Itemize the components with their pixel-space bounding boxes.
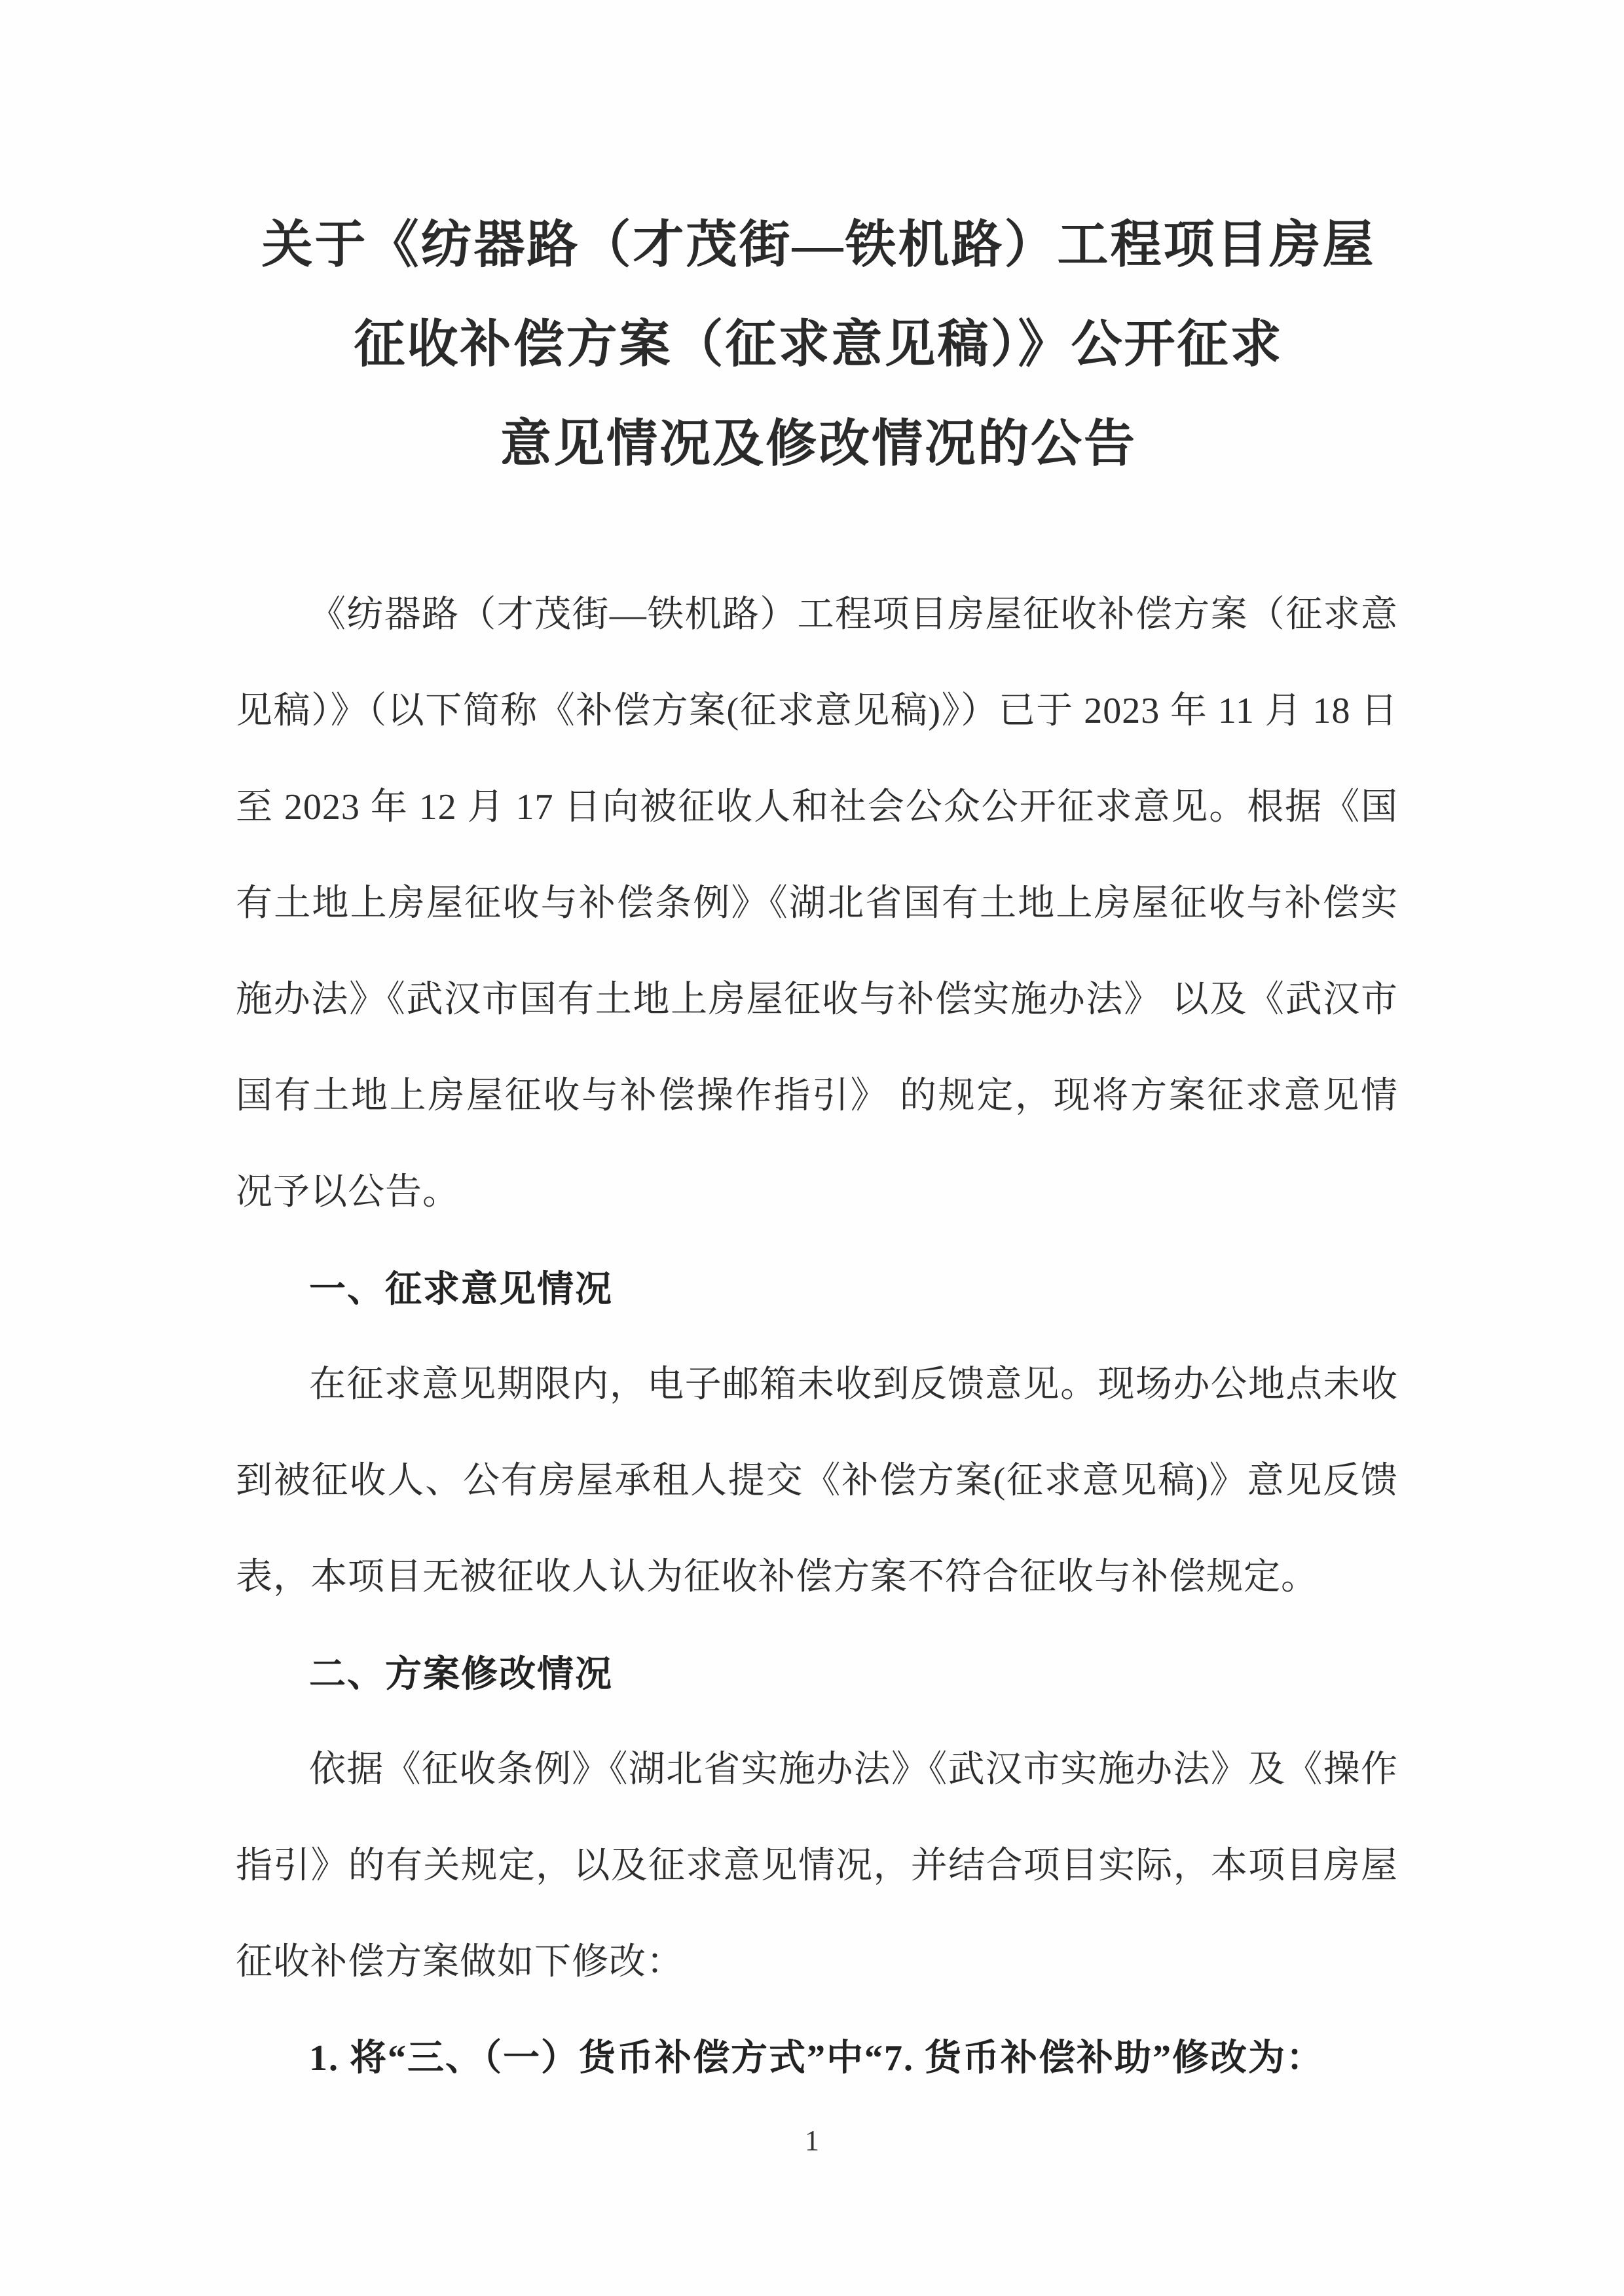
paragraph-revision-basis: 依据《征收条例》《湖北省实施办法》《武汉市实施办法》及《操作指引》的有关规定，以… xyxy=(236,1722,1398,2011)
title-line-1: 关于《纺器路（才茂街—铁机路）工程项目房屋 xyxy=(229,195,1408,295)
paragraph-feedback-status: 在征求意见期限内，电子邮箱未收到反馈意见。现场办公地点未收到被征收人、公有房屋承… xyxy=(236,1337,1398,1626)
document-title: 关于《纺器路（才茂街—铁机路）工程项目房屋 征收补偿方案（征求意见稿）》公开征求… xyxy=(229,195,1408,494)
document-page: 关于《纺器路（才茂街—铁机路）工程项目房屋 征收补偿方案（征求意见稿）》公开征求… xyxy=(0,0,1624,2296)
title-line-3: 意见情况及修改情况的公告 xyxy=(229,394,1408,494)
title-line-2: 征收补偿方案（征求意见稿）》公开征求 xyxy=(229,295,1408,394)
paragraph-intro: 《纺器路（才茂街—铁机路）工程项目房屋征收补偿方案（征求意见稿）》（以下简称《补… xyxy=(236,567,1398,1241)
page-number: 1 xyxy=(0,2124,1624,2157)
document-body: 《纺器路（才茂街—铁机路）工程项目房屋征收补偿方案（征求意见稿）》（以下简称《补… xyxy=(236,567,1398,2107)
section-heading-1: 一、征求意见情况 xyxy=(236,1241,1398,1337)
paragraph-revision-item-1: 1. 将“三、（一）货币补偿方式”中“7. 货币补偿补助”修改为： xyxy=(236,2011,1398,2107)
section-heading-2: 二、方案修改情况 xyxy=(236,1626,1398,1722)
